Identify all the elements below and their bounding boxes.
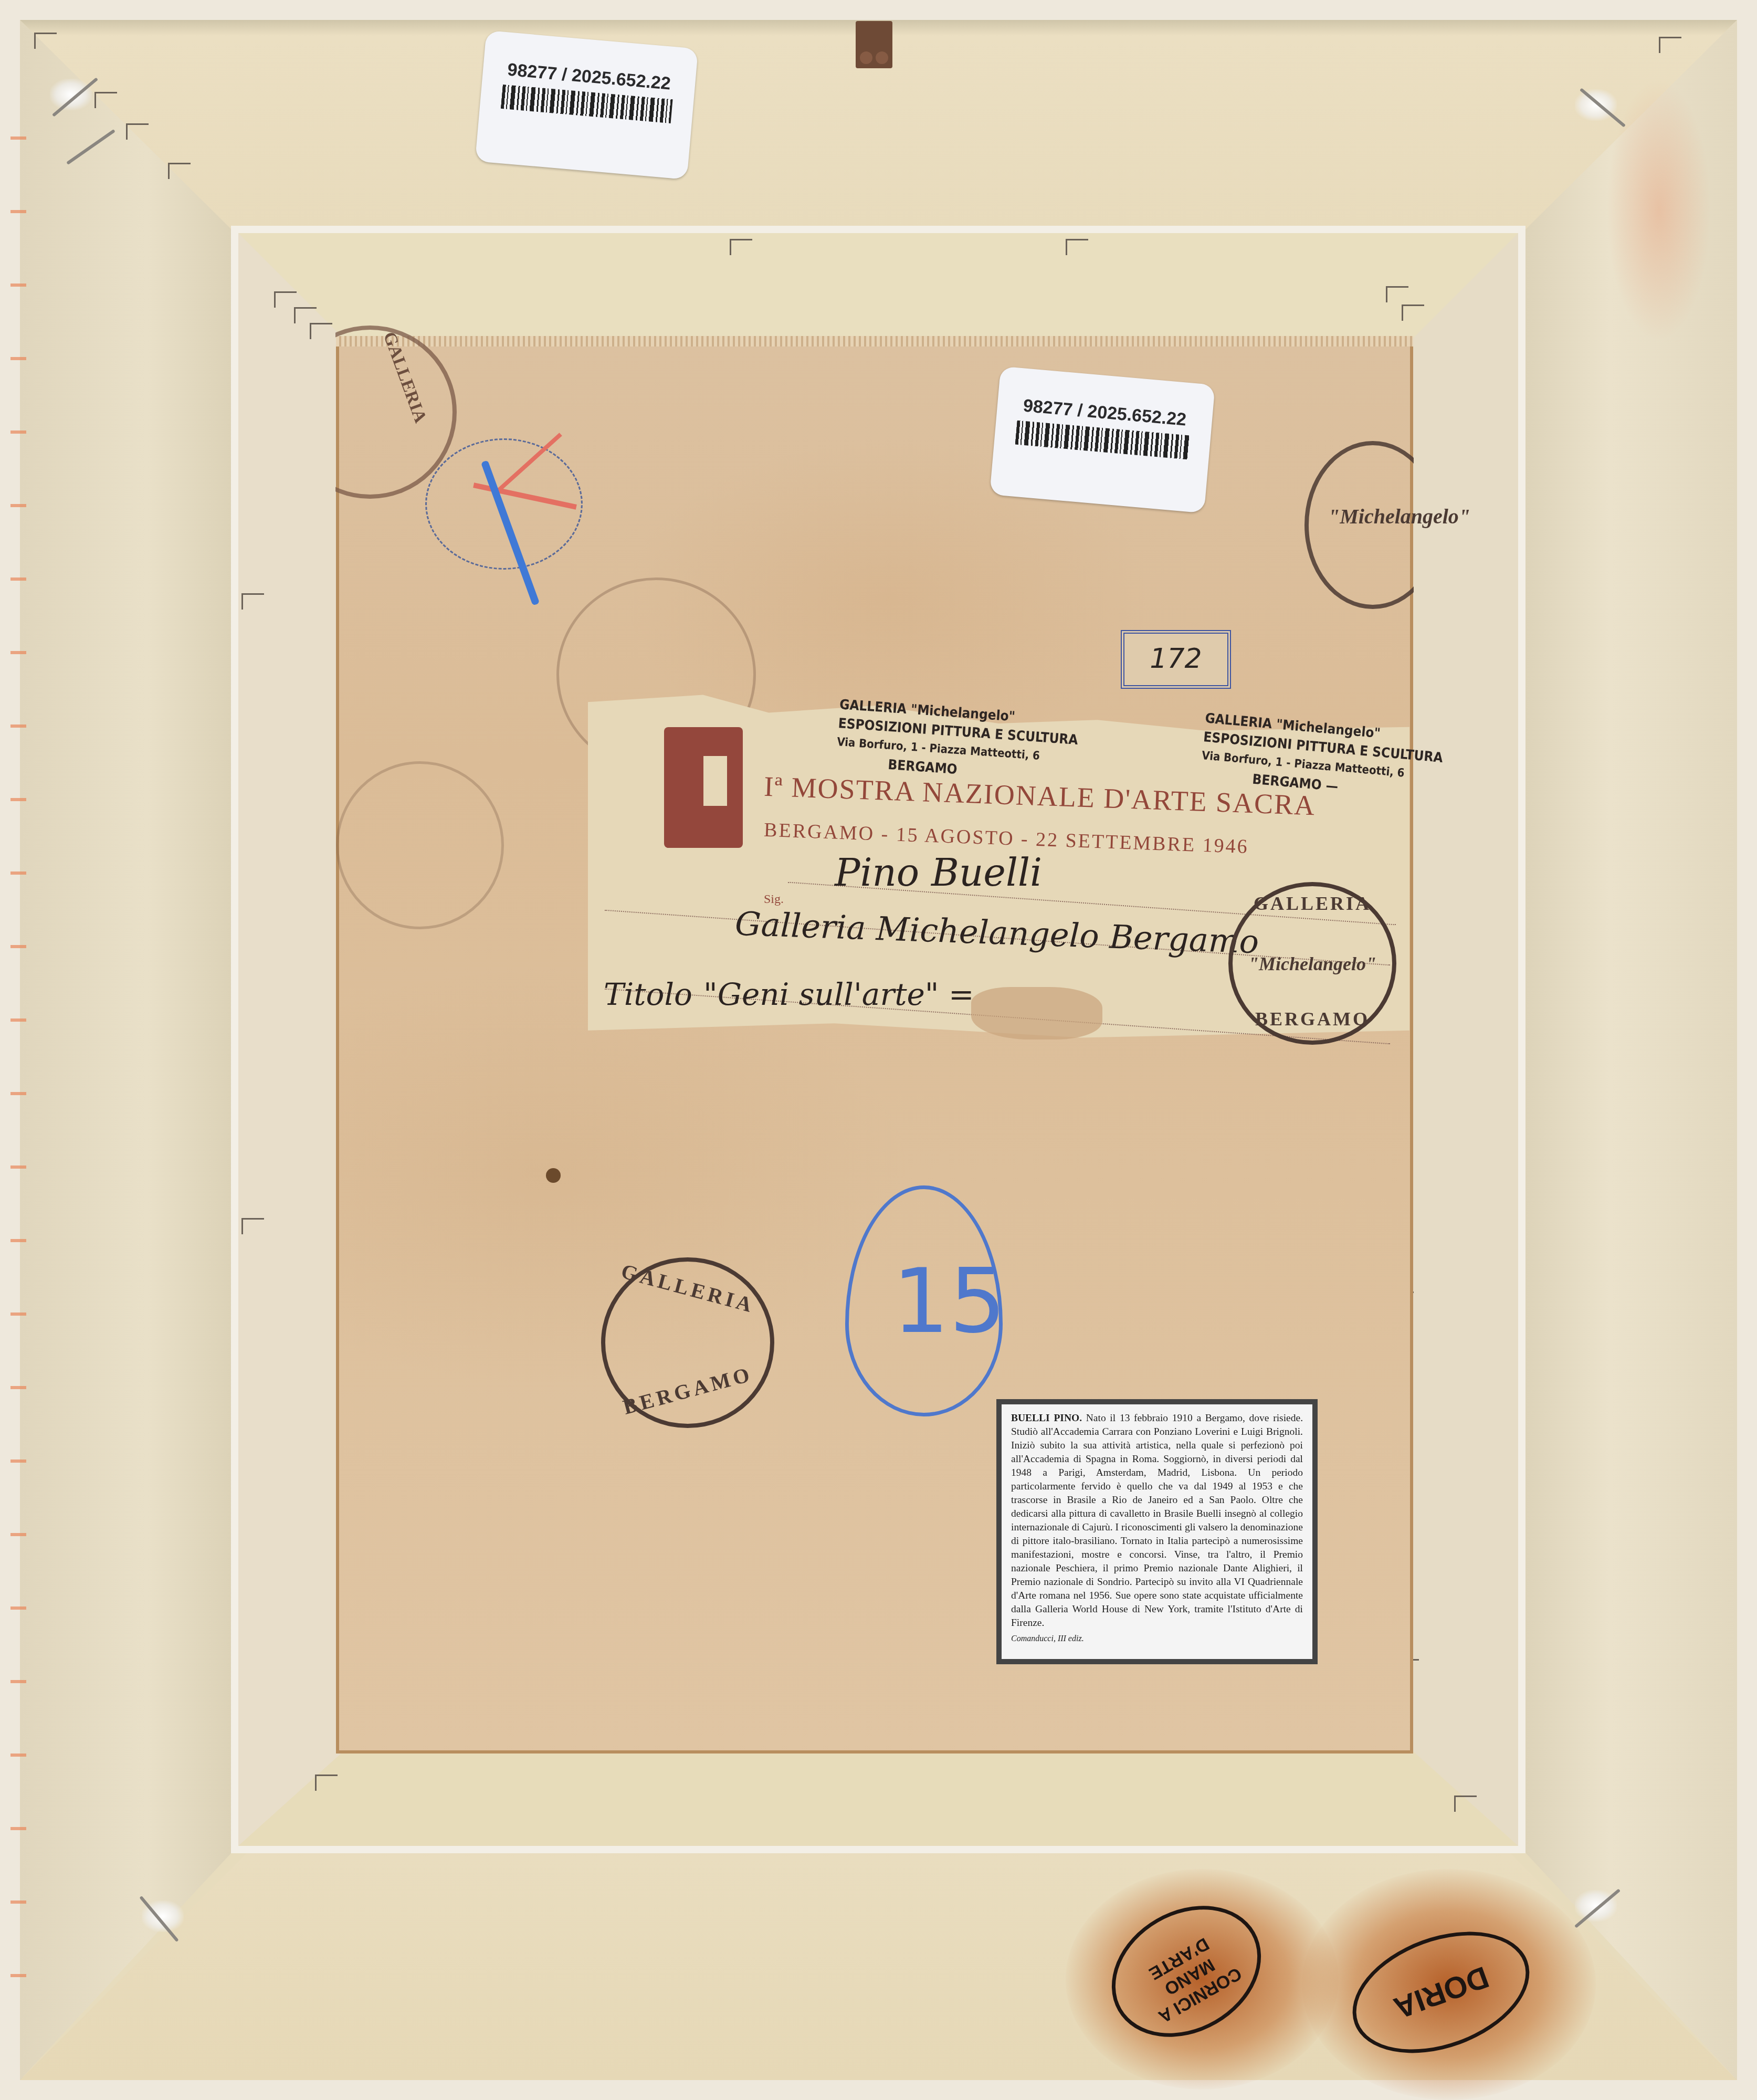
staple-icon	[1386, 286, 1408, 302]
logo-window	[703, 756, 727, 806]
staple-icon	[730, 239, 752, 255]
stamp-middle-text: "Michelangelo"	[1244, 953, 1381, 975]
label-damage	[971, 987, 1102, 1039]
liner-left	[238, 233, 343, 1846]
sig-label: Sig.	[764, 892, 784, 907]
staple-icon	[34, 33, 57, 49]
staple-icon	[274, 291, 297, 308]
inventory-barcode-label: 98277 / 2025.652.22	[990, 366, 1215, 513]
staple-icon	[1454, 1795, 1477, 1812]
egg-number: 15	[892, 1249, 1006, 1353]
staple-icon	[294, 307, 317, 323]
inventory-barcode-label: 98277 / 2025.652.22	[475, 30, 698, 180]
hanger-bracket-icon	[856, 21, 892, 68]
staple-icon	[1066, 239, 1088, 255]
stamp-middle-text: "Michelangelo"	[1328, 504, 1470, 529]
handwritten-title-label: Titolo	[604, 976, 692, 1012]
liner-top	[238, 233, 1518, 338]
inventory-number-box: 172	[1121, 630, 1231, 689]
paint-specks	[10, 105, 26, 1995]
staple-icon	[1402, 304, 1424, 321]
wood-knot	[546, 1168, 561, 1183]
handwritten-artist: Pino Buelli	[835, 850, 1042, 895]
faint-stamp-ring	[336, 761, 504, 929]
stamp-top-text: GALLERIA	[1249, 892, 1375, 915]
handwritten-title: "Geni sull'arte" =	[703, 976, 974, 1012]
bio-text: Nato il 13 febbraio 1910 a Bergamo, dove…	[1011, 1413, 1303, 1629]
staple-icon	[315, 1774, 338, 1791]
staple-icon	[241, 1218, 264, 1234]
staple-icon	[1659, 37, 1681, 53]
bio-artist-name: BUELLI PINO.	[1011, 1413, 1082, 1424]
liner-right	[1413, 233, 1518, 1846]
staple-icon	[310, 323, 332, 339]
stamp-bottom-text: BERGAMO	[1249, 1008, 1375, 1030]
board-frayed-edge	[336, 336, 1413, 346]
paint-stain	[1606, 79, 1711, 341]
staple-icon	[241, 593, 264, 610]
frame-left-rail	[20, 20, 232, 2080]
staple-icon	[168, 163, 191, 179]
packing-fluff	[50, 79, 92, 110]
artist-biography-clipping: BUELLI PINO. Nato il 13 febbraio 1910 a …	[996, 1399, 1318, 1664]
staple-icon	[94, 92, 117, 108]
staple-icon	[126, 123, 149, 140]
bio-source: Comanducci, III ediz.	[1011, 1632, 1303, 1646]
liner-bottom	[238, 1751, 1518, 1846]
